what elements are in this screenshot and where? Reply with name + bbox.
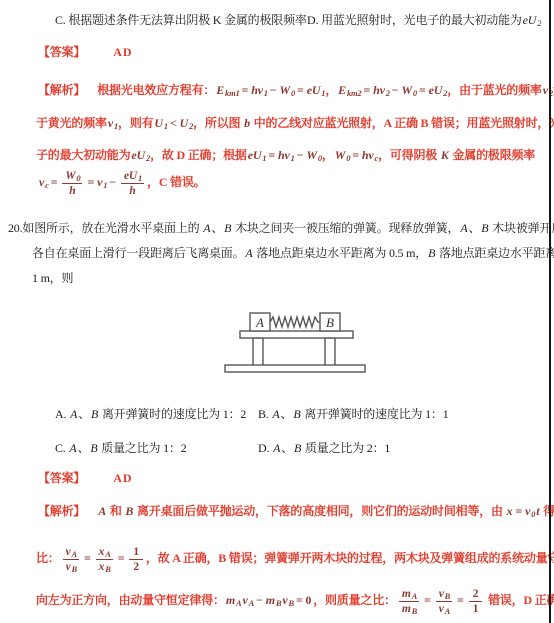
figure-table-leg-right [325, 338, 335, 366]
q20-stem-line-3: 1 m，则 [32, 268, 73, 288]
analysis-text: A 和 B 离开桌面后做平抛运动，下落的高度相同，则它们的运动时间相等，由 x=… [97, 504, 554, 518]
q20-analysis-line-2: 比：vAvB=xAxB=12，故 A 正确，B 错误；弹簧弹开两木块的过程，两木… [36, 539, 554, 577]
q20-stem-line-2: 各自在桌面上滑行一段距离后飞离桌面。A 落地点距桌边水平距离为 0.5 m，B … [32, 243, 554, 263]
spring-coil [270, 317, 320, 327]
figure-table-leg-left [253, 338, 263, 366]
q20-stem-line-1: 20.如图所示，放在光滑水平桌面上的 A、B 木块之间夹一被压缩的弹簧。现释放弹… [8, 218, 554, 238]
analysis-label: 【解析】 [38, 83, 85, 97]
q19-answer-line: 【答案】AD [38, 42, 133, 62]
q20-option-d: D. A、B 质量之比为 2：1 [258, 438, 390, 458]
q19-analysis-line-4: vc=W0h=v1−eU1h，C 错误。 [38, 163, 205, 201]
analysis-text: 根据光电效应方程有：Ekm1=hv1−W0=eU1，Ekm2=hv2−W0=eU… [97, 83, 554, 97]
figure-ground-base [225, 365, 365, 372]
answer-label: 【答案】 [38, 45, 85, 59]
answer-value: AD [113, 471, 132, 485]
figure-table-top [240, 331, 353, 338]
page-border-line [549, 0, 551, 623]
answer-value: AD [113, 45, 132, 59]
q19-analysis-line-3: 子的最大初动能为eU2，故 D 正确；根据eU1=hv1−W0，W0=hvc，可… [36, 145, 535, 165]
analysis-label: 【解析】 [38, 504, 85, 518]
q19-analysis-line-1: 【解析】根据光电效应方程有：Ekm1=hv1−W0=eU1，Ekm2=hv2−W… [38, 80, 554, 100]
answer-label: 【答案】 [38, 471, 85, 485]
figure-block-a-label: A [255, 315, 264, 330]
q20-analysis-line-3: 向左为正方向，由动量守恒定律得：mAvA−mBvB= 0，则质量之比：mAmB=… [36, 581, 554, 619]
q19-analysis-line-2: 于黄光的频率v1，则有U1<U2，所以图 b 中的乙线对应蓝光照射，A 正确 B… [36, 113, 554, 133]
q20-option-b: B. A、B 离开弹簧时的速度比为 1：1 [258, 404, 449, 424]
q20-analysis-line-1: 【解析】A 和 B 离开桌面后做平抛运动，下落的高度相同，则它们的运动时间相等，… [38, 501, 554, 521]
q20-figure: A B [222, 303, 368, 375]
q20-answer-line: 【答案】AD [38, 468, 133, 488]
q19-option-d: D. 用蓝光照射时，光电子的最大初动能为eU2 [307, 10, 541, 30]
q20-option-a: A. A、B 离开弹簧时的速度比为 1：2 [55, 404, 246, 424]
q19-option-c: C. 根据题述条件无法算出阴极 K 金属的极限频率 [55, 10, 307, 30]
figure-block-b-label: B [326, 315, 334, 330]
q20-option-c: C. A、B 质量之比为 1：2 [55, 438, 187, 458]
